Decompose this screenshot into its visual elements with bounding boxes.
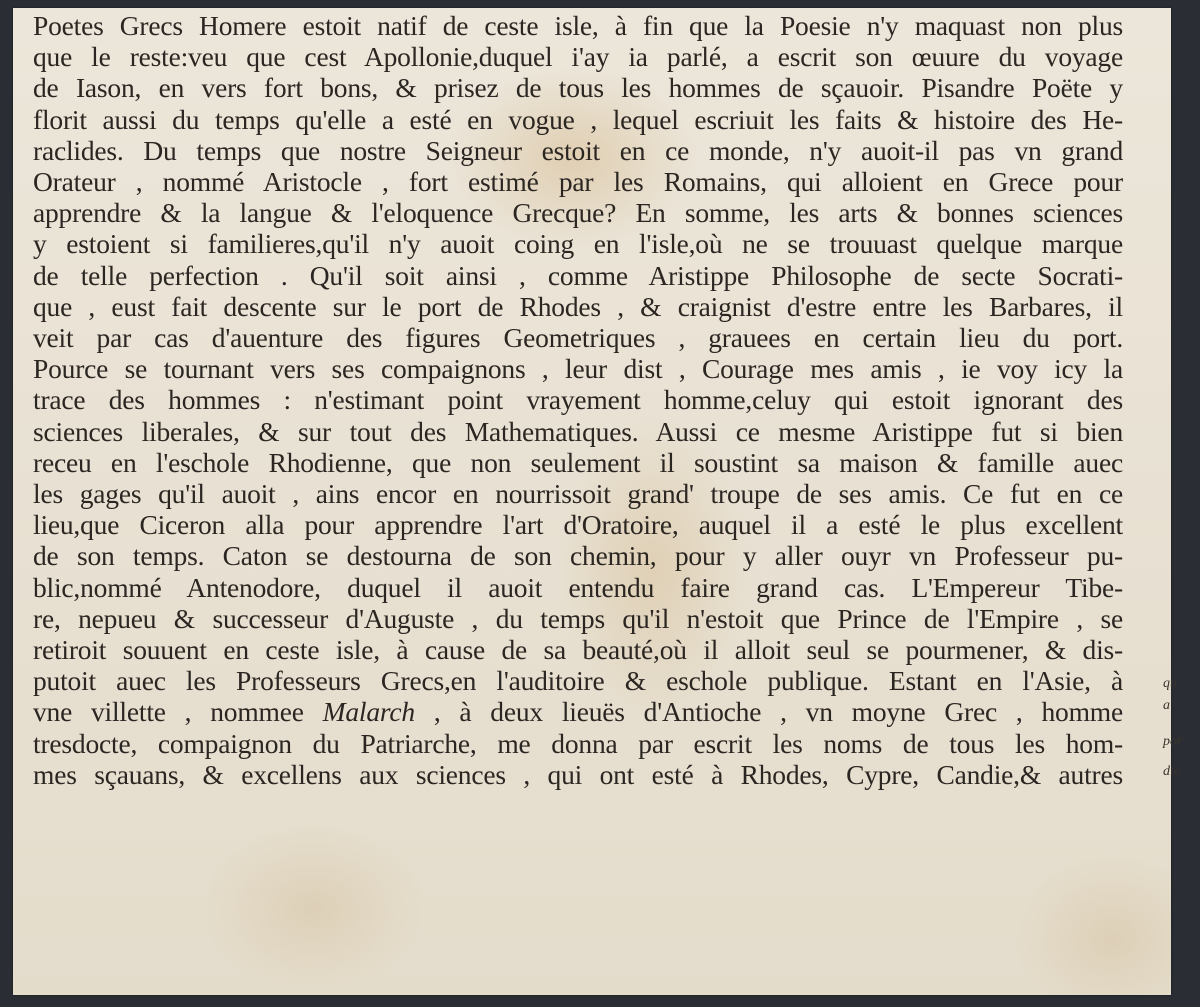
- margin-note: a: [1163, 698, 1170, 714]
- margin-note: die: [1163, 764, 1180, 780]
- paper-page: Poetes Grecs Homere estoit natif de cest…: [13, 8, 1171, 995]
- text-line: mes sçauans, & excellens aux sciences , …: [33, 759, 1123, 790]
- text-line: Poetes Grecs Homere estoit natif de cest…: [33, 10, 1123, 41]
- text-line: que le reste:veu que cest Apollonie,duqu…: [33, 41, 1123, 72]
- text-line: de telle perfection . Qu'il soit ainsi ,…: [33, 260, 1123, 291]
- text-line: sciences liberales, & sur tout des Mathe…: [33, 416, 1123, 447]
- text-line-with-italic: vne villette , nommee Malarch , à deux l…: [33, 696, 1123, 727]
- text-line: Pource se tournant vers ses compaignons …: [33, 353, 1123, 384]
- text-line: Orateur , nommé Aristocle , fort estimé …: [33, 166, 1123, 197]
- text-line: receu en l'eschole Rhodienne, que non se…: [33, 447, 1123, 478]
- text-line: les gages qu'il auoit , ains encor en no…: [33, 478, 1123, 509]
- text-line: que , eust fait descente sur le port de …: [33, 291, 1123, 322]
- text-line: apprendre & la langue & l'eloquence Grec…: [33, 197, 1123, 228]
- text-line: re, nepueu & successeur d'Auguste , du t…: [33, 603, 1123, 634]
- text-line: trace des hommes : n'estimant point vray…: [33, 384, 1123, 415]
- text-line: de Iason, en vers fort bons, & prisez de…: [33, 72, 1123, 103]
- page-text-block: Poetes Grecs Homere estoit natif de cest…: [33, 10, 1123, 790]
- text-line: raclides. Du temps que nostre Seigneur e…: [33, 135, 1123, 166]
- text-line: retiroit souuent en ceste isle, à cause …: [33, 634, 1123, 665]
- text-line: y estoient si familieres,qu'il n'y auoit…: [33, 228, 1123, 259]
- text-line: lieu,que Ciceron alla pour apprendre l'a…: [33, 509, 1123, 540]
- italic-place-name: Malarch: [323, 696, 415, 727]
- text-line: de son temps. Caton se destourna de son …: [33, 540, 1123, 571]
- margin-note: por: [1163, 734, 1182, 750]
- text-line: veit par cas d'auenture des figures Geom…: [33, 322, 1123, 353]
- text-line: florit aussi du temps qu'elle a esté en …: [33, 104, 1123, 135]
- text-segment: , à deux lieuës d'Antioche , vn moyne Gr…: [415, 696, 1123, 727]
- text-line: putoit auec les Professeurs Grecs,en l'a…: [33, 665, 1123, 696]
- text-line: blic,nommé Antenodore, duquel il auoit e…: [33, 572, 1123, 603]
- text-segment: vne villette , nommee: [33, 696, 323, 727]
- margin-note: qu: [1163, 676, 1177, 692]
- text-line: tresdocte, compaignon du Patriarche, me …: [33, 728, 1123, 759]
